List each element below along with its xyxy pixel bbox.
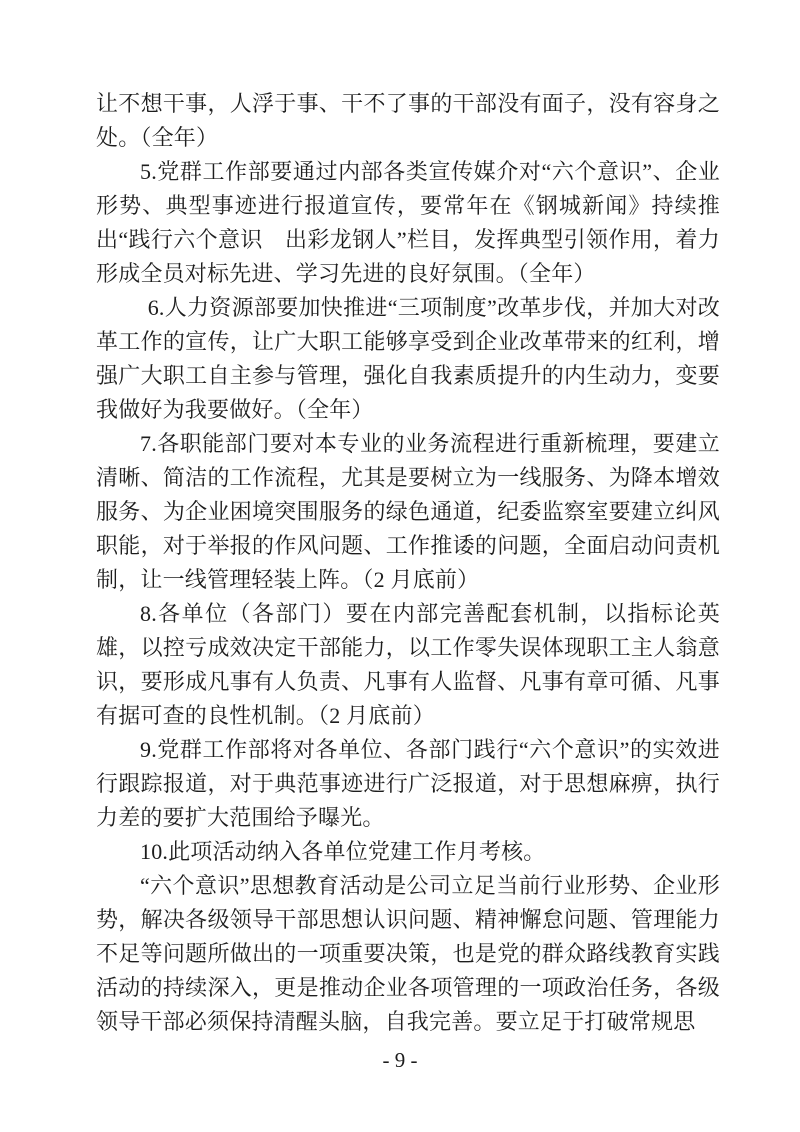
paragraph-item-8: 8.各单位（各部门）要在内部完善配套机制，以指标论英雄，以控亏成效决定干部能力，… xyxy=(96,597,720,733)
paragraph-item-6: 6.人力资源部要加快推进“三项制度”改革步伐，并加大对改革工作的宣传，让广大职工… xyxy=(96,291,720,427)
paragraph-summary: “六个意识”思想教育活动是公司立足当前行业形势、企业形势，解决各级领导干部思想认… xyxy=(96,869,720,1039)
paragraph-continuation: 让不想干事，人浮于事、干不了事的干部没有面子，没有容身之处。（全年） xyxy=(96,87,720,155)
page-number: - 9 - xyxy=(383,1048,418,1072)
page-footer: - 9 - xyxy=(0,1046,800,1074)
paragraph-item-5: 5.党群工作部要通过内部各类宣传媒介对“六个意识”、企业形势、典型事迹进行报道宣… xyxy=(96,155,720,291)
paragraph-item-9: 9.党群工作部将对各单位、各部门践行“六个意识”的实效进行跟踪报道，对于典范事迹… xyxy=(96,733,720,835)
paragraph-item-10: 10.此项活动纳入各单位党建工作月考核。 xyxy=(96,835,720,869)
document-body: 让不想干事，人浮于事、干不了事的干部没有面子，没有容身之处。（全年） 5.党群工… xyxy=(96,87,720,1043)
paragraph-item-7: 7.各职能部门要对本专业的业务流程进行重新梳理，要建立清晰、简洁的工作流程，尤其… xyxy=(96,427,720,597)
document-page: 让不想干事，人浮于事、干不了事的干部没有面子，没有容身之处。（全年） 5.党群工… xyxy=(0,0,800,1132)
